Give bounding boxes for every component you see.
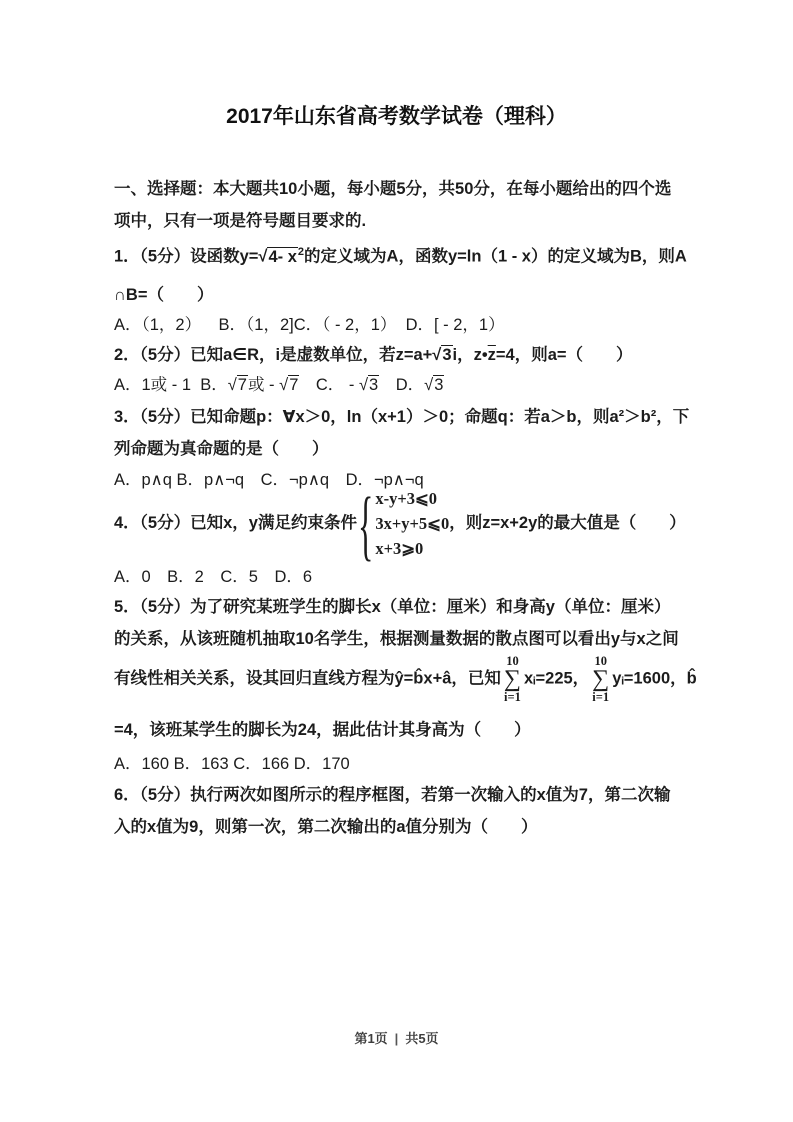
q1-line1: 1．（5分）设函数y=√4- x2的定义域为A，函数y=ln（1 - x）的定义… [114,239,687,270]
q5-line3: 有线性相关关系，设其回归直线方程为ŷ=b̂x+â，已知10∑i=1xᵢ=225，… [114,654,697,704]
q4-line1: 4．（5分）已知x，y满足约束条件{x-y+3⩽03x+y+5⩽0x+3⩾0，则… [114,486,686,561]
q3-line2: 列命题为真命题的是（ ） [114,436,329,462]
section-heading-line1: 一、选择题：本大题共10小题，每小题5分，共50分，在每小题给出的四个选 [114,176,671,202]
q4-constraint-3: x+3⩾0 [375,536,449,561]
exam-paper-page: 2017年山东省高考数学试卷（理科） 一、选择题：本大题共10小题，每小题5分，… [0,0,793,1122]
q2-options: A．1或 - 1 B．√7或 - √7 C． - √3 D．√3 [114,372,444,398]
footer-page-total: 共5页 [405,1031,438,1046]
q2-option-d-radical: √3 [424,375,444,394]
q4-constraint-system: x-y+3⩽03x+y+5⩽0x+3⩾0 [375,486,449,561]
q2-text-pre: 2．（5分）已知a∈R，i是虚数单位，若z=a+ [114,346,432,364]
page-title: 2017年山东省高考数学试卷（理科） [0,100,793,130]
q2-text-post: =4，则a=（ ） [496,346,633,364]
q2-option-b-mid: 或 - [248,376,279,394]
q2-option-d-radicand: 3 [433,375,444,394]
left-brace-icon: { [358,492,373,556]
q4-text-pre: 4．（5分）已知x，y满足约束条件 [114,514,357,532]
footer-separator: | [395,1031,399,1046]
q2-conjugate-z: z [488,346,496,364]
radical-sign-icon: √ [424,376,433,394]
sigma-icon: ∑ [592,668,609,690]
q5-text-mid1: xᵢ=225， [524,669,589,687]
sum-lower-limit: i=1 [592,690,609,704]
q5-text-mid2: yᵢ=1600， [612,669,686,687]
q2-option-b-radical2: √7 [279,375,299,394]
q2-text-mid: i，z• [453,346,488,364]
q2-option-c: C． - [299,376,359,394]
q1-options: A．（1，2） B．（1，2]C．（ - 2，1） D．[ - 2，1） [114,312,505,338]
q5-b-hat: b̂ [687,669,697,687]
q2-option-b-radical1: √7 [228,375,248,394]
q5-text-pre: 有线性相关关系，设其回归直线方程为ŷ=b̂x+â，已知 [114,669,501,687]
q5-line2: 的关系，从该班随机抽取10名学生，根据测量数据的散点图可以看出y与x之间 [114,626,679,652]
section-heading-line2: 项中，只有一项是符号题目要求的. [114,208,366,234]
q4-text-post: ，则z=x+2y的最大值是（ ） [449,514,686,532]
sigma-icon: ∑ [504,668,521,690]
sum-lower-limit: i=1 [504,690,521,704]
q1-text-pre: 1．（5分）设函数y= [114,248,258,266]
radical-sign-icon: √ [279,376,288,394]
q6-line2: 入的x值为9，则第一次，第二次输出的a值分别为（ ） [114,814,538,840]
radical-sign-icon: √ [228,376,237,394]
q5-line4: =4，该班某学生的脚长为24，据此估计其身高为（ ） [114,717,531,743]
q1-sqrt-radical: √4- x [258,247,298,266]
q2-option-a: A．1或 - 1 B． [114,376,228,394]
q2-option-b-radicand2: 7 [288,375,299,394]
q2-option-c-radical: √3 [359,375,379,394]
q5-options: A．160 B．163 C．166 D．170 [114,751,350,777]
page-footer: 第1页|共5页 [0,1028,793,1047]
q4-constraint-1: x-y+3⩽0 [375,486,449,511]
q4-constraint-2: 3x+y+5⩽0 [375,511,449,536]
q2-sqrt-body: 3 [441,345,452,364]
q4-options: A．0 B．2 C．5 D．6 [114,564,312,590]
q1-line2: ∩B=（ ） [114,282,213,308]
q3-line1: 3．（5分）已知命题p：∀x＞0，ln（x+1）＞0；命题q：若a＞b，则a²＞… [114,404,689,430]
q1-text-post: 的定义域为A，函数y=ln（1 - x）的定义域为B，则A [304,248,687,266]
q6-line1: 6．（5分）执行两次如图所示的程序框图，若第一次输入的x值为7，第二次输 [114,782,670,808]
q2-option-b-radicand1: 7 [237,375,248,394]
q2-sqrt-radical: √3 [432,345,452,364]
q2-line1: 2．（5分）已知a∈R，i是虚数单位，若z=a+√3i，z•z=4，则a=（ ） [114,342,633,368]
footer-page-number: 第1页 [354,1031,387,1046]
q1-sqrt-body: 4- x [267,247,297,266]
q2-option-c-radicand: 3 [368,375,379,394]
q5-line1: 5．（5分）为了研究某班学生的脚长x（单位：厘米）和身高y（单位：厘米） [114,594,670,620]
q2-option-d: D． [379,376,424,394]
q5-summation-y: 10∑i=1 [592,654,609,704]
radical-sign-icon: √ [359,376,368,394]
radical-sign-icon: √ [432,346,441,364]
q5-summation-x: 10∑i=1 [504,654,521,704]
